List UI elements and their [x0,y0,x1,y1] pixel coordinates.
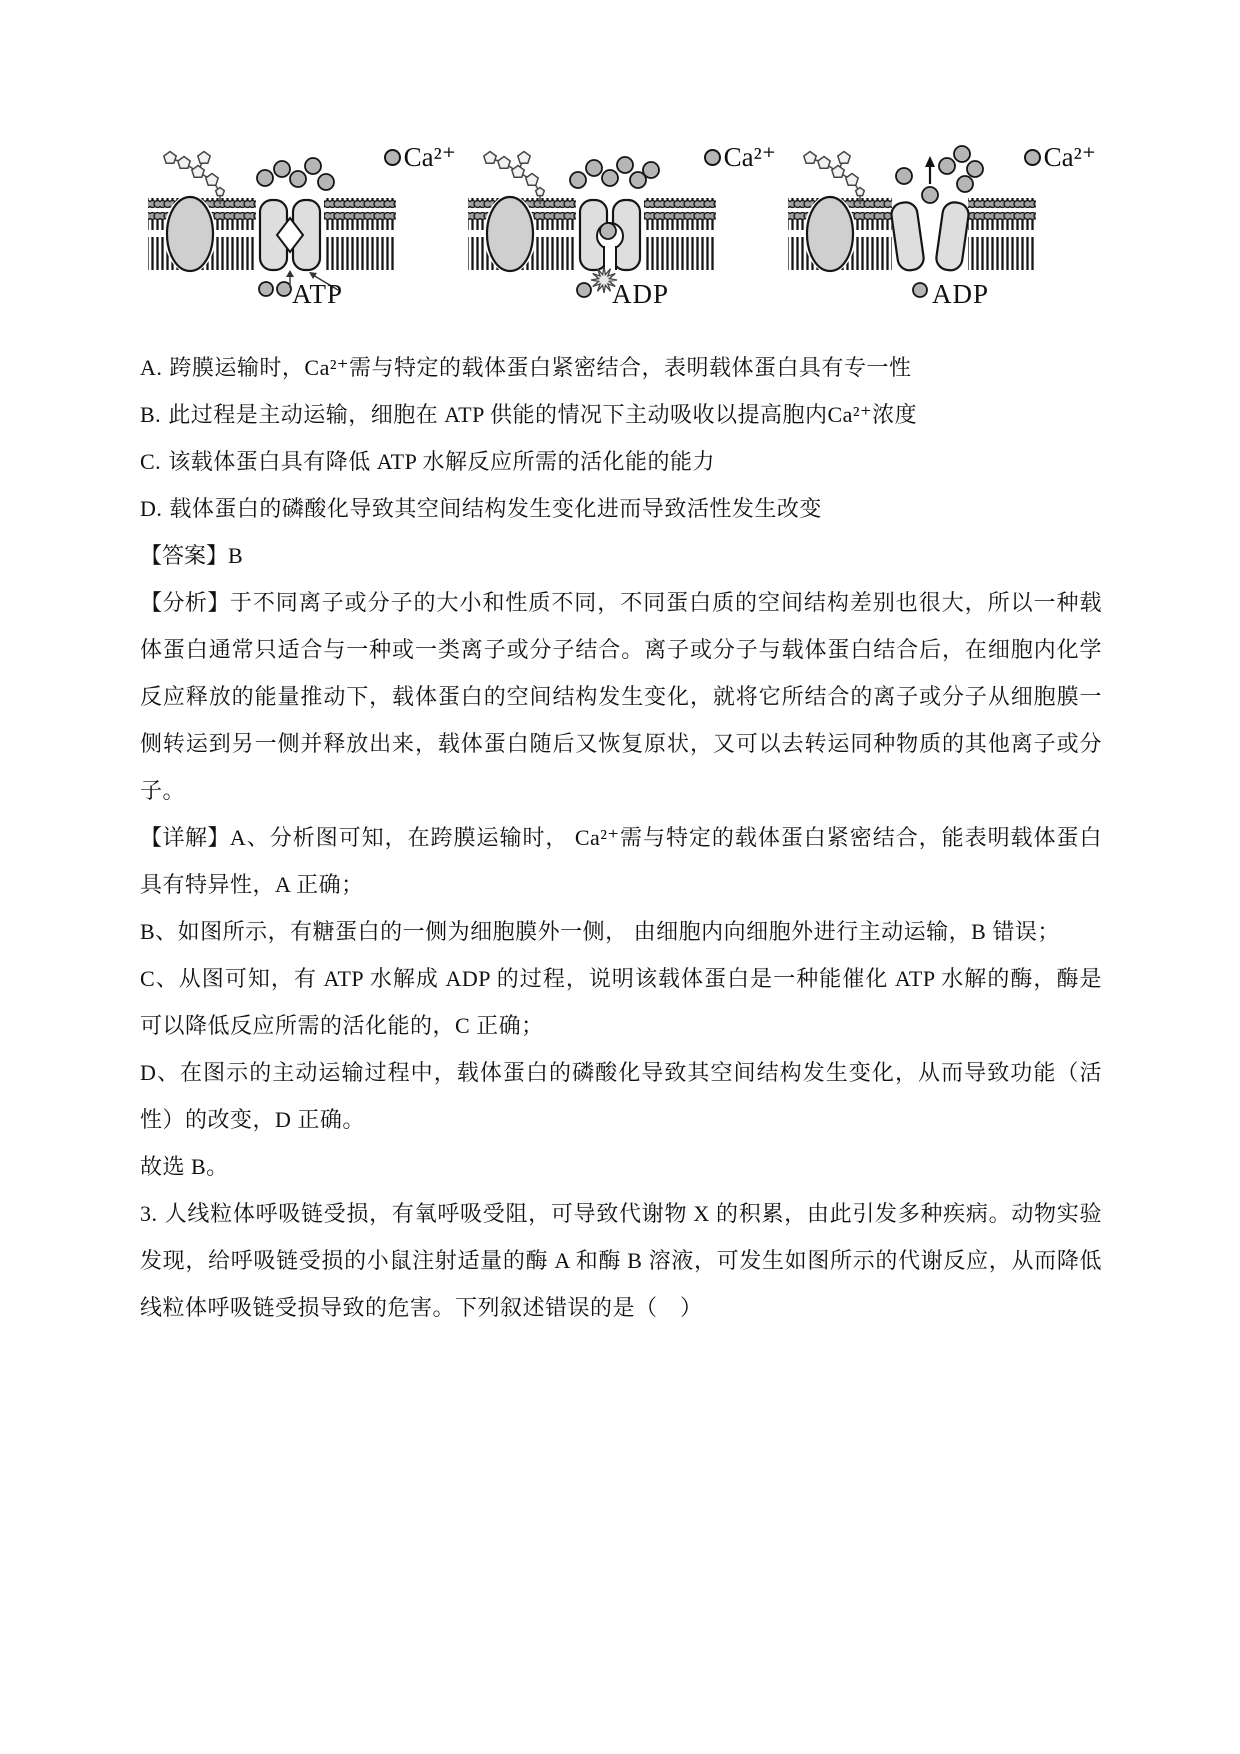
detail-d-text: D、在图示的主动运输过程中，载体蛋白的磷酸化导致其空间结构发生变化，从而导致功能… [140,1060,1102,1132]
detail-tag: 【详解】 [140,825,230,850]
membrane-panel-3: Ca²⁺ ADP [780,138,1100,310]
phosphate-circles [259,282,291,296]
energy-label-atp: ATP [292,281,343,308]
question3-text: 人线粒体呼吸链受损，有氧呼吸受阻，可导致代谢物 X 的积累，由此引发多种疾病。动… [140,1201,1102,1320]
calcium-ion-icon [704,149,721,166]
calcium-legend: Ca²⁺ [1024,144,1096,171]
membrane-panel-1: Ca²⁺ ATP [140,138,460,310]
calcium-ions [570,157,659,188]
detail-paragraph-b: B、如图所示，有糖蛋白的一侧为细胞膜外一侧， 由细胞内向细胞外进行主动运输，B … [140,908,1102,955]
option-a-text: 跨膜运输时，Ca²⁺需与特定的载体蛋白紧密结合，表明载体蛋白具有专一性 [169,355,911,380]
carrier-protein [576,196,644,274]
option-a-label: A. [140,355,162,380]
calcium-in-pocket [600,223,616,239]
option-a: A.跨膜运输时，Ca²⁺需与特定的载体蛋白紧密结合，表明载体蛋白具有专一性 [140,344,1102,391]
question-body: A.跨膜运输时，Ca²⁺需与特定的载体蛋白紧密结合，表明载体蛋白具有专一性 B.… [140,344,1102,1331]
detail-paragraph-c: C、从图可知，有 ATP 水解成 ADP 的过程，说明该载体蛋白是一种能催化 A… [140,955,1102,1049]
option-c-text: 该载体蛋白具有降低 ATP 水解反应所需的活化能的能力 [168,449,715,474]
conclusion-text: 故选 B。 [140,1154,229,1179]
phosphate-circle [577,283,591,297]
integral-protein [804,195,856,273]
document-page: Ca²⁺ ATP [0,0,1240,1754]
carrier-protein [890,196,970,274]
question3-paragraph: 3.人线粒体呼吸链受损，有氧呼吸受阻，可导致代谢物 X 的积累，由此引发多种疾病… [140,1190,1102,1331]
option-d-label: D. [140,496,162,521]
option-c: C.该载体蛋白具有降低 ATP 水解反应所需的活化能的能力 [140,438,1102,485]
calcium-legend: Ca²⁺ [704,144,776,171]
option-b-label: B. [140,402,161,427]
calcium-ions [257,158,334,190]
option-b: B.此过程是主动运输，细胞在 ATP 供能的情况下主动吸收以提高胞内Ca²⁺浓度 [140,391,1102,438]
option-d: D.载体蛋白的磷酸化导致其空间结构发生变化进而导致活性发生改变 [140,485,1102,532]
calcium-label: Ca²⁺ [724,144,776,171]
phosphate-circle [913,283,927,297]
integral-protein [164,195,216,273]
analysis-tag: 【分析】 [140,590,230,615]
calcium-label: Ca²⁺ [404,144,456,171]
integral-protein [484,195,536,273]
answer-tag: 【答案】 [140,543,228,568]
conclusion-line: 故选 B。 [140,1143,1102,1190]
answer-line: 【答案】B [140,532,1102,579]
detail-paragraph-a: 【详解】A、分析图可知，在跨膜运输时， Ca²⁺需与特定的载体蛋白紧密结合，能表… [140,814,1102,908]
detail-b-text: B、如图所示，有糖蛋白的一侧为细胞膜外一侧， 由细胞内向细胞外进行主动运输，B … [140,919,1060,944]
calcium-ions [896,146,983,192]
option-c-label: C. [140,449,161,474]
detail-paragraph-d: D、在图示的主动运输过程中，载体蛋白的磷酸化导致其空间结构发生变化，从而导致功能… [140,1049,1102,1143]
detail-a-text: A、分析图可知，在跨膜运输时， Ca²⁺需与特定的载体蛋白紧密结合，能表明载体蛋… [140,825,1102,897]
analysis-text: 于不同离子或分子的大小和性质不同，不同蛋白质的空间结构差别也很大，所以一种载体蛋… [140,590,1102,803]
carrier-protein [256,196,324,274]
calcium-ion-icon [1024,149,1041,166]
detail-c-text: C、从图可知，有 ATP 水解成 ADP 的过程，说明该载体蛋白是一种能催化 A… [140,966,1102,1038]
option-b-text: 此过程是主动运输，细胞在 ATP 供能的情况下主动吸收以提高胞内Ca²⁺浓度 [168,402,917,427]
calcium-label: Ca²⁺ [1044,144,1096,171]
analysis-paragraph: 【分析】于不同离子或分子的大小和性质不同，不同蛋白质的空间结构差别也很大，所以一… [140,579,1102,814]
question3-number: 3. [140,1201,158,1226]
energy-label-adp: ADP [932,281,989,308]
option-d-text: 载体蛋白的磷酸化导致其空间结构发生变化进而导致活性发生改变 [169,496,822,521]
energy-label-adp: ADP [612,281,669,308]
released-calcium-arrow [922,156,938,203]
membrane-transport-figure: Ca²⁺ ATP [140,138,1102,310]
calcium-ion-icon [384,149,401,166]
calcium-legend: Ca²⁺ [384,144,456,171]
answer-value: B [228,543,243,568]
membrane-panel-2: Ca²⁺ ADP [460,138,780,310]
